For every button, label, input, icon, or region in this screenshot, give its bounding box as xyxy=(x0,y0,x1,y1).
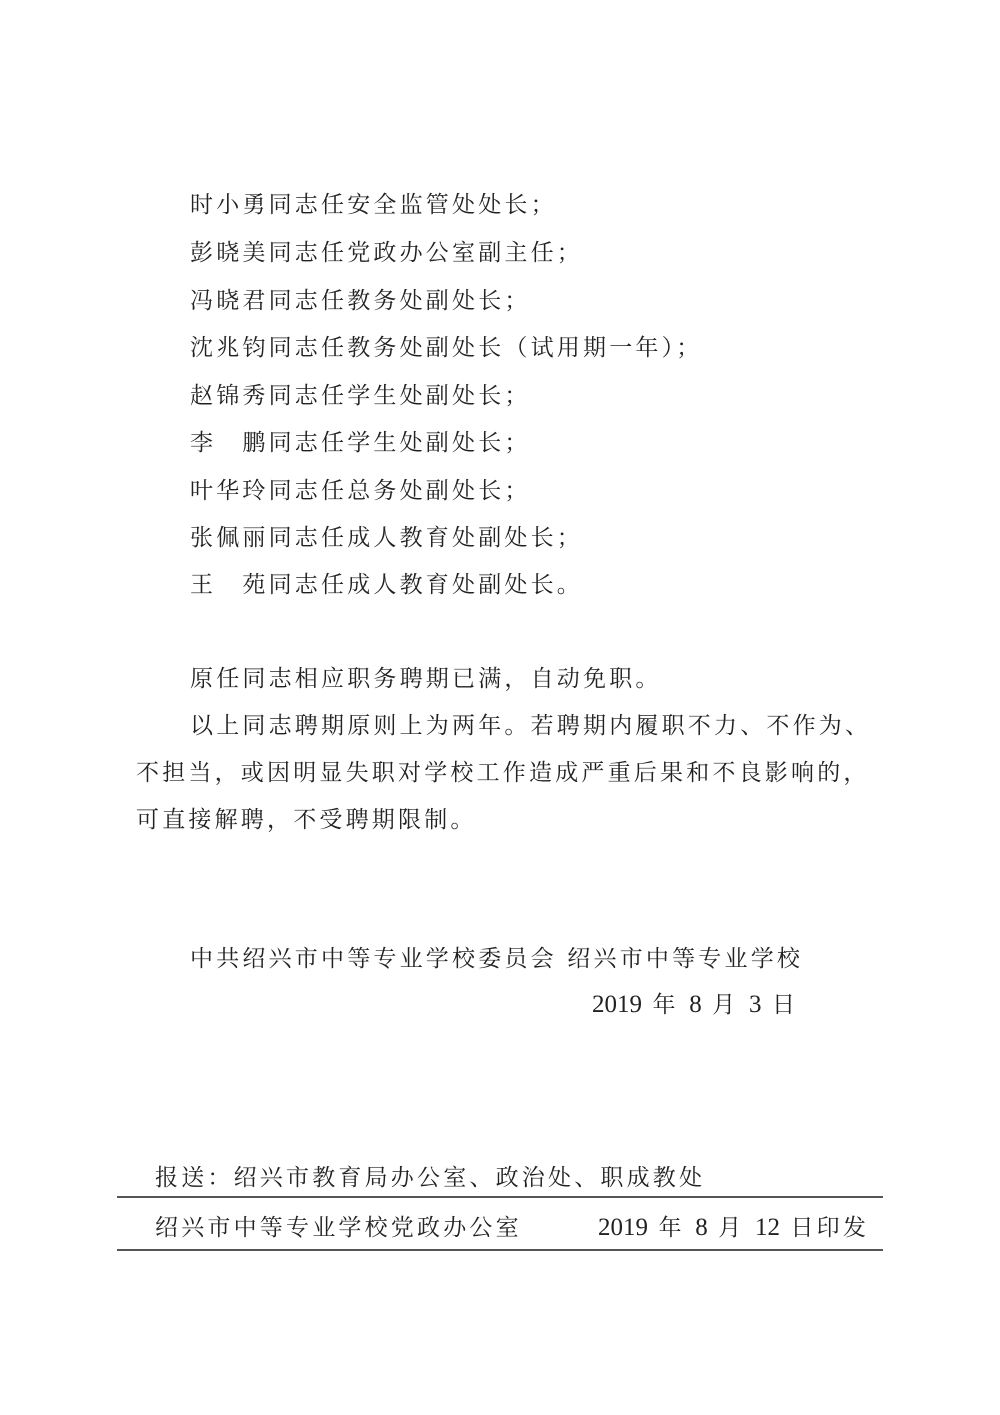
appointment-item: 叶华玲同志任总务处副处长； xyxy=(190,476,531,506)
appointment-item: 时小勇同志任安全监管处处长； xyxy=(190,190,557,220)
appointment-item: 张佩丽同志任成人教育处副处长； xyxy=(190,523,583,553)
signature-date: 2019 年 8 月 3 日 xyxy=(592,990,798,1020)
appointment-item: 李 鹏同志任学生处副处长； xyxy=(190,428,531,458)
print-date: 2019 年 8 月 12 日印发 xyxy=(598,1213,869,1243)
appointment-item: 冯晓君同志任教务处副处长； xyxy=(190,286,531,316)
dismissal-paragraph: 原任同志相应职务聘期已满，自动免职。 xyxy=(190,664,662,694)
issuers: 中共绍兴市中等专业学校委员会 绍兴市中等专业学校 xyxy=(190,944,803,974)
appointment-item: 彭晓美同志任党政办公室副主任； xyxy=(190,238,583,268)
appointment-item: 赵锦秀同志任学生处副处长； xyxy=(190,381,531,411)
term-paragraph-line: 不担当，或因明显失职对学校工作造成严重后果和不良影响的， xyxy=(136,758,870,788)
appointment-item: 沈兆钧同志任教务处副处长（试用期一年）； xyxy=(190,333,703,363)
divider xyxy=(117,1196,883,1198)
cc-recipients: 报送：绍兴市教育局办公室、政治处、职成教处 xyxy=(155,1163,705,1193)
term-paragraph-line: 以上同志聘期原则上为两年。若聘期内履职不力、不作为、 xyxy=(190,711,871,741)
appointment-item: 王 苑同志任成人教育处副处长。 xyxy=(190,570,583,600)
issuing-office: 绍兴市中等专业学校党政办公室 xyxy=(155,1213,522,1243)
divider xyxy=(117,1249,883,1251)
term-paragraph-line: 可直接解聘，不受聘期限制。 xyxy=(136,805,477,835)
